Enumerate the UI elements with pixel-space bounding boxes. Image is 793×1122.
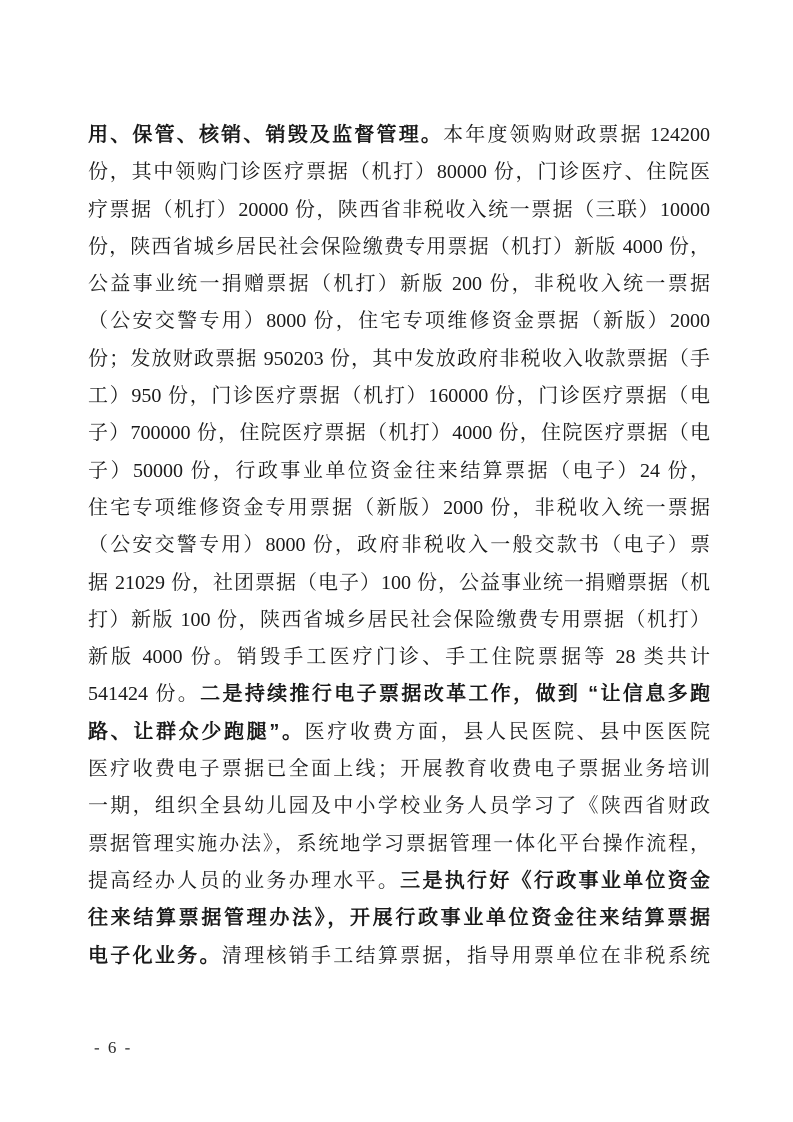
text-line-7: 份；发放财政票据 950203 份，其中发放政府非税收入收款票据（手	[88, 341, 710, 378]
text-run: 541424 份。	[88, 683, 200, 705]
text-line-20: 票据管理实施办法》，系统地学习票据管理一体化平台操作流程，	[88, 826, 710, 863]
bold-text-run: 路、让群众少跑腿”。	[88, 721, 305, 743]
text-run: 份；发放财政票据 950203 份，其中发放政府非税收入收款票据（手	[88, 348, 710, 370]
text-run: 住宅专项维修资金专用票据（新版）2000 份，非税收入统一票据	[88, 497, 710, 519]
text-line-8: 工）950 份，门诊医疗票据（机打）160000 份，门诊医疗票据（电	[88, 378, 710, 415]
text-run: （公安交警专用）8000 份，政府非税收入一般交款书（电子）票	[88, 534, 710, 556]
bold-text-run: 二是持续推行电子票据改革工作，做到 “让信息多跑	[200, 683, 710, 705]
text-line-9: 子）700000 份，住院医疗票据（机打）4000 份，住院医疗票据（电	[88, 415, 710, 452]
text-run: 疗票据（机打）20000 份，陕西省非税收入统一票据（三联）10000	[88, 199, 710, 221]
bold-text-run: 用、保管、核销、销毁及监督管理。	[88, 124, 443, 146]
text-run: 工）950 份，门诊医疗票据（机打）160000 份，门诊医疗票据（电	[88, 385, 710, 407]
text-run: 本年度领购财政票据 124200	[443, 124, 710, 146]
text-line-16: 541424 份。二是持续推行电子票据改革工作，做到 “让信息多跑	[88, 676, 710, 713]
text-line-23: 电子化业务。清理核销手工结算票据，指导用票单位在非税系统	[88, 938, 710, 975]
text-line-21: 提高经办人员的业务办理水平。三是执行好《行政事业单位资金	[88, 863, 710, 900]
text-line-2: 份，其中领购门诊医疗票据（机打）80000 份，门诊医疗、住院医	[88, 154, 710, 191]
text-run: 医疗收费电子票据已全面上线；开展教育收费电子票据业务培训	[88, 758, 710, 780]
text-line-18: 医疗收费电子票据已全面上线；开展教育收费电子票据业务培训	[88, 751, 710, 788]
text-line-10: 子）50000 份，行政事业单位资金往来结算票据（电子）24 份，	[88, 453, 710, 490]
text-line-4: 份，陕西省城乡居民社会保险缴费专用票据（机打）新版 4000 份，	[88, 229, 710, 266]
text-run: 票据管理实施办法》，系统地学习票据管理一体化平台操作流程，	[88, 833, 710, 855]
text-run: 据 21029 份，社团票据（电子）100 份，公益事业统一捐赠票据（机	[88, 572, 710, 594]
text-run: 子）700000 份，住院医疗票据（机打）4000 份，住院医疗票据（电	[88, 422, 710, 444]
text-run: （公安交警专用）8000 份，住宅专项维修资金票据（新版）2000	[88, 310, 710, 332]
text-run: 提高经办人员的业务办理水平。	[88, 870, 400, 892]
text-line-17: 路、让群众少跑腿”。医疗收费方面，县人民医院、县中医医院	[88, 714, 710, 751]
text-line-22: 往来结算票据管理办法》，开展行政事业单位资金往来结算票据	[88, 900, 710, 937]
text-line-3: 疗票据（机打）20000 份，陕西省非税收入统一票据（三联）10000	[88, 192, 710, 229]
bold-text-run: 电子化业务。	[88, 945, 222, 967]
text-run: 医疗收费方面，县人民医院、县中医医院	[305, 721, 710, 743]
text-run: 新版 4000 份。销毁手工医疗门诊、手工住院票据等 28 类共计	[88, 646, 710, 668]
text-line-15: 新版 4000 份。销毁手工医疗门诊、手工住院票据等 28 类共计	[88, 639, 710, 676]
text-line-1: 用、保管、核销、销毁及监督管理。本年度领购财政票据 124200	[88, 117, 710, 154]
text-run: 份，陕西省城乡居民社会保险缴费专用票据（机打）新版 4000 份，	[88, 236, 710, 258]
text-line-12: （公安交警专用）8000 份，政府非税收入一般交款书（电子）票	[88, 527, 710, 564]
text-line-19: 一期，组织全县幼儿园及中小学校业务人员学习了《陕西省财政	[88, 788, 710, 825]
text-run: 一期，组织全县幼儿园及中小学校业务人员学习了《陕西省财政	[88, 795, 710, 817]
body-text: 用、保管、核销、销毁及监督管理。本年度领购财政票据 124200份，其中领购门诊…	[88, 117, 710, 975]
text-line-5: 公益事业统一捐赠票据（机打）新版 200 份，非税收入统一票据	[88, 266, 710, 303]
bold-text-run: 三是执行好《行政事业单位资金	[400, 870, 710, 892]
text-run: 份，其中领购门诊医疗票据（机打）80000 份，门诊医疗、住院医	[88, 161, 710, 183]
page-number: - 6 -	[94, 1036, 132, 1060]
text-line-11: 住宅专项维修资金专用票据（新版）2000 份，非税收入统一票据	[88, 490, 710, 527]
text-line-6: （公安交警专用）8000 份，住宅专项维修资金票据（新版）2000	[88, 303, 710, 340]
document-page: 用、保管、核销、销毁及监督管理。本年度领购财政票据 124200份，其中领购门诊…	[0, 0, 793, 1122]
bold-text-run: 往来结算票据管理办法》，开展行政事业单位资金往来结算票据	[88, 907, 710, 929]
text-run: 公益事业统一捐赠票据（机打）新版 200 份，非税收入统一票据	[88, 273, 710, 295]
text-run: 子）50000 份，行政事业单位资金往来结算票据（电子）24 份，	[88, 460, 710, 482]
text-line-14: 打）新版 100 份，陕西省城乡居民社会保险缴费专用票据（机打）	[88, 602, 710, 639]
text-run: 清理核销手工结算票据，指导用票单位在非税系统	[222, 945, 710, 967]
text-run: 打）新版 100 份，陕西省城乡居民社会保险缴费专用票据（机打）	[88, 609, 710, 631]
text-line-13: 据 21029 份，社团票据（电子）100 份，公益事业统一捐赠票据（机	[88, 565, 710, 602]
